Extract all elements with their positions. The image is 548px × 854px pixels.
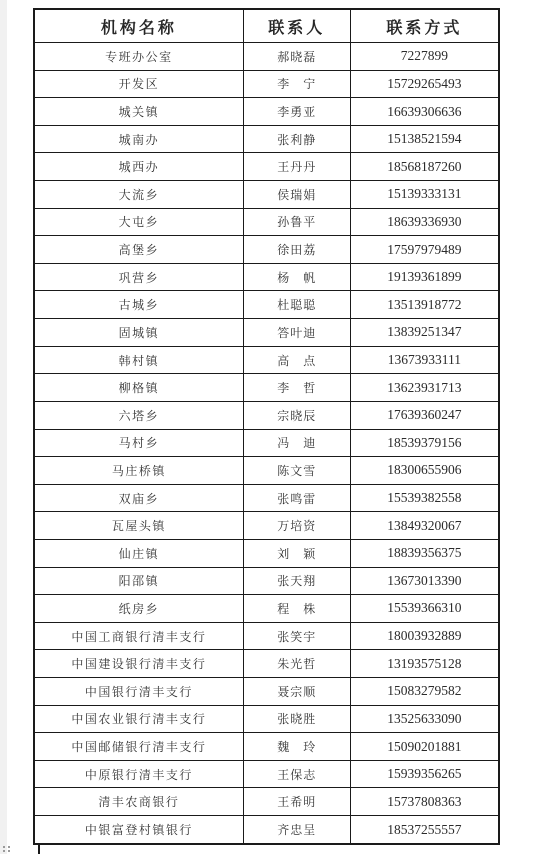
org-cell: 中国农业银行清丰支行 xyxy=(34,705,243,733)
contact-cell: 王希明 xyxy=(243,788,350,816)
phone-cell: 7227899 xyxy=(350,43,499,71)
phone-cell: 18539379156 xyxy=(350,429,499,457)
org-cell: 大流乡 xyxy=(34,181,243,209)
org-cell: 柳格镇 xyxy=(34,374,243,402)
phone-cell: 13673013390 xyxy=(350,567,499,595)
contact-cell: 张利静 xyxy=(243,125,350,153)
phone-cell: 18003932889 xyxy=(350,622,499,650)
table-row: 高堡乡徐田荔17597979489 xyxy=(34,236,499,264)
contact-cell: 刘 颖 xyxy=(243,539,350,567)
org-cell: 巩营乡 xyxy=(34,263,243,291)
org-cell: 城关镇 xyxy=(34,98,243,126)
contact-cell: 杜聪聪 xyxy=(243,291,350,319)
phone-cell: 18537255557 xyxy=(350,816,499,844)
phone-cell: 13525633090 xyxy=(350,705,499,733)
table-row: 中国邮储银行清丰支行魏 玲15090201881 xyxy=(34,733,499,761)
contact-cell: 答叶迪 xyxy=(243,319,350,347)
org-cell: 大屯乡 xyxy=(34,208,243,236)
phone-cell: 15139333131 xyxy=(350,181,499,209)
contact-cell: 朱光哲 xyxy=(243,650,350,678)
org-cell: 马庄桥镇 xyxy=(34,457,243,485)
org-cell: 瓦屋头镇 xyxy=(34,512,243,540)
contact-table: 机构名称 联系人 联系方式 专班办公室郝晓磊7227899开发区李 宁15729… xyxy=(33,8,500,845)
org-cell: 城西办 xyxy=(34,153,243,181)
table-row: 城关镇李勇亚16639306636 xyxy=(34,98,499,126)
contact-cell: 张笑宇 xyxy=(243,622,350,650)
contact-cell: 郝晓磊 xyxy=(243,43,350,71)
contact-cell: 张鸣雷 xyxy=(243,484,350,512)
contact-cell: 冯 迪 xyxy=(243,429,350,457)
dots-artifact-icon xyxy=(3,846,5,848)
table-row: 中银富登村镇银行齐忠呈18537255557 xyxy=(34,816,499,844)
phone-cell: 18568187260 xyxy=(350,153,499,181)
header-org-name: 机构名称 xyxy=(34,9,243,43)
org-cell: 清丰农商银行 xyxy=(34,788,243,816)
phone-cell: 15138521594 xyxy=(350,125,499,153)
contact-cell: 侯瑞娟 xyxy=(243,181,350,209)
table-row: 城南办张利静15138521594 xyxy=(34,125,499,153)
phone-cell: 18639336930 xyxy=(350,208,499,236)
org-cell: 固城镇 xyxy=(34,319,243,347)
table-row: 大屯乡孙鲁平18639336930 xyxy=(34,208,499,236)
contact-cell: 聂宗顺 xyxy=(243,678,350,706)
org-cell: 古城乡 xyxy=(34,291,243,319)
table-row: 中国银行清丰支行聂宗顺15083279582 xyxy=(34,678,499,706)
table-row: 中国建设银行清丰支行朱光哲13193575128 xyxy=(34,650,499,678)
table-row: 城西办王丹丹18568187260 xyxy=(34,153,499,181)
contact-cell: 宗晓辰 xyxy=(243,401,350,429)
table-row: 中原银行清丰支行王保志15939356265 xyxy=(34,760,499,788)
org-cell: 中国邮储银行清丰支行 xyxy=(34,733,243,761)
phone-cell: 15729265493 xyxy=(350,70,499,98)
contact-cell: 李勇亚 xyxy=(243,98,350,126)
contact-cell: 魏 玲 xyxy=(243,733,350,761)
table-row: 仙庄镇刘 颖18839356375 xyxy=(34,539,499,567)
contact-cell: 徐田荔 xyxy=(243,236,350,264)
table-header-row: 机构名称 联系人 联系方式 xyxy=(34,9,499,43)
phone-cell: 13513918772 xyxy=(350,291,499,319)
table-row: 巩营乡杨 帆19139361899 xyxy=(34,263,499,291)
table-row: 阳邵镇张天翔13673013390 xyxy=(34,567,499,595)
phone-cell: 17639360247 xyxy=(350,401,499,429)
table-row: 马庄桥镇陈文雪18300655906 xyxy=(34,457,499,485)
phone-cell: 19139361899 xyxy=(350,263,499,291)
org-cell: 韩村镇 xyxy=(34,346,243,374)
org-cell: 城南办 xyxy=(34,125,243,153)
contact-cell: 孙鲁平 xyxy=(243,208,350,236)
table-row: 古城乡杜聪聪13513918772 xyxy=(34,291,499,319)
org-cell: 仙庄镇 xyxy=(34,539,243,567)
org-cell: 专班办公室 xyxy=(34,43,243,71)
phone-cell: 16639306636 xyxy=(350,98,499,126)
org-cell: 中国建设银行清丰支行 xyxy=(34,650,243,678)
org-cell: 中国银行清丰支行 xyxy=(34,678,243,706)
contact-cell: 王保志 xyxy=(243,760,350,788)
table-row: 柳格镇李 哲13623931713 xyxy=(34,374,499,402)
phone-cell: 15083279582 xyxy=(350,678,499,706)
table-row: 大流乡侯瑞娟15139333131 xyxy=(34,181,499,209)
phone-cell: 15939356265 xyxy=(350,760,499,788)
table-row: 开发区李 宁15729265493 xyxy=(34,70,499,98)
table-row: 马村乡冯 迪18539379156 xyxy=(34,429,499,457)
contact-cell: 高 点 xyxy=(243,346,350,374)
org-cell: 高堡乡 xyxy=(34,236,243,264)
phone-cell: 18300655906 xyxy=(350,457,499,485)
table-row: 清丰农商银行王希明15737808363 xyxy=(34,788,499,816)
org-cell: 六塔乡 xyxy=(34,401,243,429)
phone-cell: 13849320067 xyxy=(350,512,499,540)
phone-cell: 15090201881 xyxy=(350,733,499,761)
table-row: 六塔乡宗晓辰17639360247 xyxy=(34,401,499,429)
header-contact-info: 联系方式 xyxy=(350,9,499,43)
phone-cell: 17597979489 xyxy=(350,236,499,264)
contact-cell: 李 哲 xyxy=(243,374,350,402)
org-cell: 开发区 xyxy=(34,70,243,98)
phone-cell: 13839251347 xyxy=(350,319,499,347)
contact-cell: 张天翔 xyxy=(243,567,350,595)
table-row: 固城镇答叶迪13839251347 xyxy=(34,319,499,347)
contact-cell: 杨 帆 xyxy=(243,263,350,291)
page-left-edge xyxy=(0,0,7,854)
org-cell: 纸房乡 xyxy=(34,595,243,623)
table-row: 纸房乡程 株15539366310 xyxy=(34,595,499,623)
contact-cell: 齐忠呈 xyxy=(243,816,350,844)
contact-cell: 王丹丹 xyxy=(243,153,350,181)
org-cell: 双庙乡 xyxy=(34,484,243,512)
next-row-border-stub xyxy=(38,845,40,854)
table-row: 中国工商银行清丰支行张笑宇18003932889 xyxy=(34,622,499,650)
table-row: 专班办公室郝晓磊7227899 xyxy=(34,43,499,71)
table-row: 韩村镇高 点13673933111 xyxy=(34,346,499,374)
org-cell: 中原银行清丰支行 xyxy=(34,760,243,788)
table-row: 双庙乡张鸣雷15539382558 xyxy=(34,484,499,512)
contact-cell: 张晓胜 xyxy=(243,705,350,733)
contact-cell: 李 宁 xyxy=(243,70,350,98)
org-cell: 马村乡 xyxy=(34,429,243,457)
phone-cell: 15539366310 xyxy=(350,595,499,623)
contact-cell: 陈文雪 xyxy=(243,457,350,485)
table-row: 中国农业银行清丰支行张晓胜13525633090 xyxy=(34,705,499,733)
phone-cell: 13193575128 xyxy=(350,650,499,678)
org-cell: 中银富登村镇银行 xyxy=(34,816,243,844)
phone-cell: 15539382558 xyxy=(350,484,499,512)
phone-cell: 15737808363 xyxy=(350,788,499,816)
table-row: 瓦屋头镇万培资13849320067 xyxy=(34,512,499,540)
header-contact-person: 联系人 xyxy=(243,9,350,43)
org-cell: 中国工商银行清丰支行 xyxy=(34,622,243,650)
phone-cell: 13623931713 xyxy=(350,374,499,402)
org-cell: 阳邵镇 xyxy=(34,567,243,595)
contact-cell: 程 株 xyxy=(243,595,350,623)
phone-cell: 18839356375 xyxy=(350,539,499,567)
contact-cell: 万培资 xyxy=(243,512,350,540)
phone-cell: 13673933111 xyxy=(350,346,499,374)
